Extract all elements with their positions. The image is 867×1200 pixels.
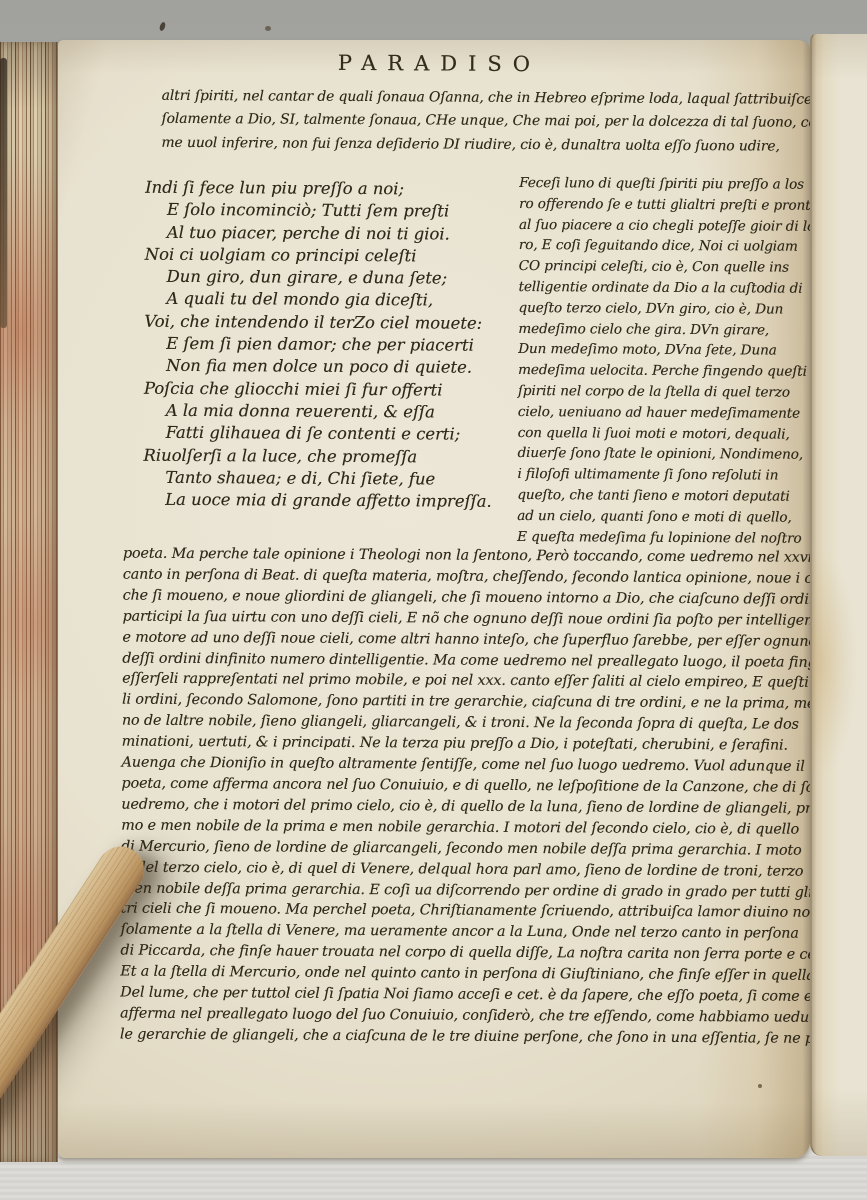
commentary-line: cielo, ueniuano ad hauer medeſimamente xyxy=(518,402,808,425)
intro-line: me uuol inferire, non fui ſenza deſideri… xyxy=(161,132,809,159)
commentary-line: Feceſi luno di queſti ſpiriti piu preſſo… xyxy=(519,173,809,196)
commentary-line: medeſima uelocita. Perche fingendo queſt… xyxy=(518,360,808,383)
intro-paragraph: altri ſpiriti, nel cantar de quali ſonau… xyxy=(161,85,809,159)
table-surface xyxy=(0,1156,867,1200)
verse-line: E ſolo incominciò; Tutti ſem preſti xyxy=(145,199,494,223)
commentary-line: telligentie ordinate da Dio a la cuſtodi… xyxy=(518,277,808,300)
verse-line: La uoce mia di grande affetto impreſſa. xyxy=(143,489,492,513)
verse-line: Dun giro, dun girare, e duna ſete; xyxy=(144,266,493,290)
body-line: le gerarchie de gliangeli, che a ciaſcun… xyxy=(120,1024,804,1049)
commentary-line: queſto terzo cielo, DVn giro, cio è, Dun xyxy=(518,298,808,321)
facing-page-edge xyxy=(810,34,867,1156)
verse-line: Riuolſerſi a la luce, che promeſſa xyxy=(143,444,492,468)
ink-speck xyxy=(758,1084,762,1088)
verse-line: A la mia donna reuerenti, & eſſa xyxy=(144,400,493,424)
commentary-body: poeta. Ma perche tale opinione i Theolog… xyxy=(120,544,807,1050)
commentary-line: diuerſe ſono ſtate le opinioni, Nondimen… xyxy=(517,443,807,466)
page-title: PARADISO xyxy=(58,49,810,78)
verse-line: A quali tu del mondo gia diceſti, xyxy=(144,288,493,312)
commentary-line: medeſimo cielo che gira. DVn girare, xyxy=(518,319,808,342)
commentary-line: al ſuo piacere a cio chegli poteſſe gioi… xyxy=(519,215,809,238)
verse-line: Fatti glihauea di ſe contenti e certi; xyxy=(144,422,493,446)
commentary-line: ſpiriti nel corpo de la ſtella di quel t… xyxy=(518,381,808,404)
verse-line: Voi, che intendendo il terZo ciel mouete… xyxy=(144,310,493,334)
verse-line: Poſcia che gliocchi miei ſi fur offerti xyxy=(144,377,493,401)
verse-line: Noi ci uolgiam co principi celeſti xyxy=(145,244,494,268)
commentary-line: Dun medeſimo moto, DVna ſete, Duna xyxy=(518,339,808,362)
verse-line: E ſem ſi pien damor; che per piacerti xyxy=(144,333,493,357)
commentary-line: ro offerendo ſe e tutti glialtri preſti … xyxy=(519,194,809,217)
book-photograph: PARADISO altri ſpiriti, nel cantar de qu… xyxy=(0,0,867,1200)
verse-line: Non fia men dolce un poco di quiete. xyxy=(144,355,493,379)
commentary-line: con quella li ſuoi moti e motori, dequal… xyxy=(518,423,808,446)
ink-speck xyxy=(265,26,271,31)
book-page: PARADISO altri ſpiriti, nel cantar de qu… xyxy=(58,40,810,1158)
commentary-line: ro, E coſi ſeguitando dice, Noi ci uolgi… xyxy=(519,235,809,258)
fore-edge-shadow xyxy=(0,58,7,328)
commentary-line: CO principi celeſti, cio è, Con quelle i… xyxy=(519,256,809,279)
printed-text-layer: PARADISO altri ſpiriti, nel cantar de qu… xyxy=(58,40,810,1158)
verse-line: Al tuo piacer, perche di noi ti gioi. xyxy=(145,221,494,245)
verse-line: Indi ſi fece lun piu preſſo a noi; xyxy=(145,177,494,201)
poem-column: Indi ſi fece lun piu preſſo a noi;E ſolo… xyxy=(143,177,493,514)
verse-line: Tanto shauea; e di, Chi ſiete, fue xyxy=(143,467,492,491)
commentary-line: ad un cielo, quanti ſono e moti di quell… xyxy=(517,506,807,529)
commentary-column: Feceſi luno di queſti ſpiriti piu preſſo… xyxy=(517,173,809,549)
commentary-line: i filoſofi ultimamente ſi ſono reſoluti … xyxy=(517,464,807,487)
commentary-line: queſto, che tanti ſieno e motori deputat… xyxy=(517,485,807,508)
ink-speck xyxy=(159,21,167,31)
